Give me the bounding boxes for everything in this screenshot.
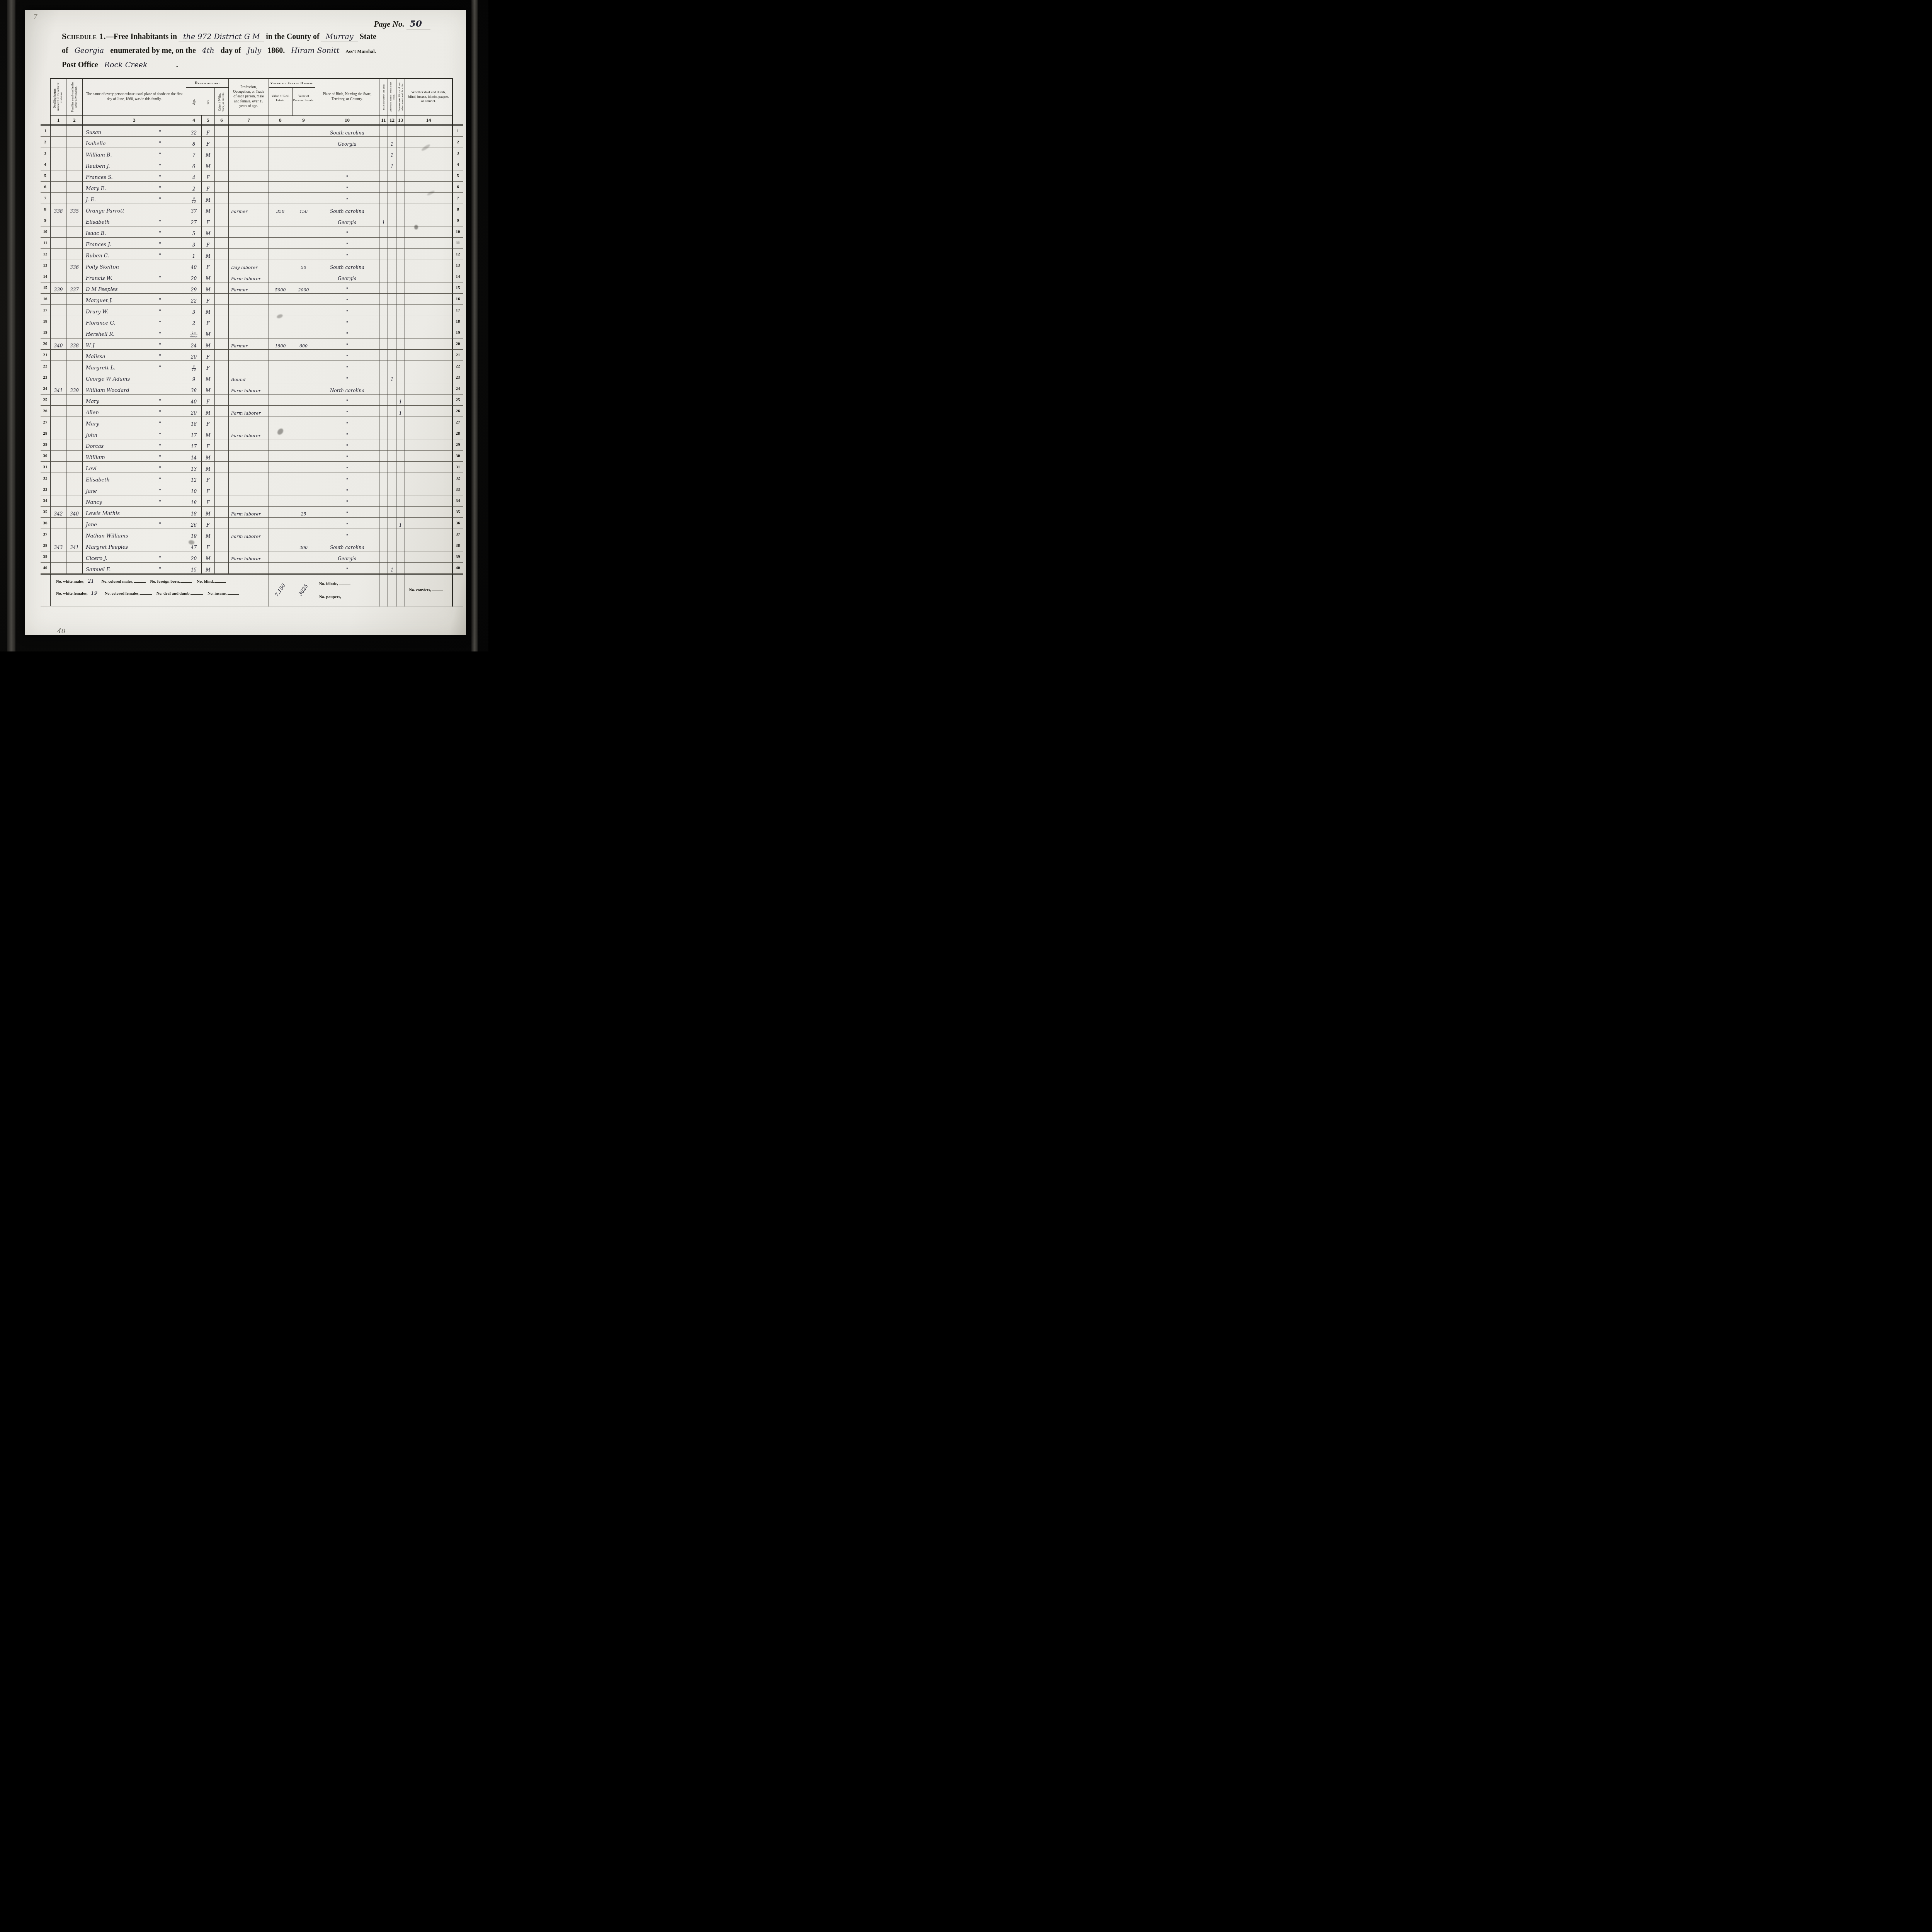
person-name: Francis W.: [86, 276, 112, 281]
line-number-left: 22: [41, 361, 50, 372]
line-number-left: 30: [41, 451, 50, 462]
cell-personal-estate-value: [292, 215, 315, 226]
cell-school-mark: [388, 395, 396, 406]
cell-family-number: [66, 182, 82, 193]
cell-personal-estate-value: [292, 417, 315, 428]
column-header-sex: Sex.: [202, 88, 215, 116]
cell-sex: M: [201, 148, 214, 159]
census-row: 38343341Margret Peeples47F200South carol…: [41, 540, 463, 551]
cell-sex: M: [201, 551, 214, 563]
page-number-value: 50: [406, 19, 430, 29]
footer-stat-label: No. deaf and dumb,: [156, 592, 190, 596]
cell-profession: [228, 495, 269, 507]
cell-disabilities: [405, 338, 453, 350]
column-number: 7: [228, 116, 269, 126]
cell-color: [214, 417, 228, 428]
column-group-estate: Value of Estate Owned.Value of Real Esta…: [269, 78, 315, 116]
cell-married-mark: [379, 193, 388, 204]
cell-illiterate-mark: [396, 271, 405, 282]
cell-real-estate-value: [269, 316, 292, 327]
cell-married-mark: 1: [379, 215, 388, 226]
line-number-left: 27: [41, 417, 50, 428]
cell-name: Nathan Williams: [82, 529, 186, 540]
census-row: 20340338W J"24MFarmer1800600"20: [41, 338, 463, 350]
cell-sex: F: [201, 350, 214, 361]
census-row: 9Elisabeth"27FGeorgia19: [41, 215, 463, 226]
line-number-right: 39: [453, 551, 463, 563]
cell-age: 12: [186, 473, 201, 484]
cell-age: 18: [186, 495, 201, 507]
cell-school-mark: [388, 294, 396, 305]
cell-birthplace: ": [315, 507, 379, 518]
person-name: Levi: [86, 466, 97, 472]
cell-color: [214, 137, 228, 148]
cell-sex: F: [201, 260, 214, 271]
cell-school-mark: [388, 451, 396, 462]
line-number-right: 7: [453, 193, 463, 204]
person-name: Florance G.: [86, 320, 116, 326]
cell-school-mark: [388, 271, 396, 282]
cell-name: William Woodard: [82, 383, 186, 395]
cell-married-mark: [379, 182, 388, 193]
line-number-right: 1: [453, 126, 463, 137]
footer-convicts: No. convicts,: [405, 574, 453, 607]
census-row: 17Drury W."3M"17: [41, 305, 463, 316]
cell-married-mark: [379, 372, 388, 383]
person-name: George W Adams: [86, 376, 130, 382]
line-number-left: 4: [41, 159, 50, 170]
line-number-right: 34: [453, 495, 463, 507]
cell-age: 3: [186, 305, 201, 316]
column-number: 9: [292, 116, 315, 126]
line-number-left: 17: [41, 305, 50, 316]
line-number-left: 7: [41, 193, 50, 204]
cell-disabilities: [405, 215, 453, 226]
cell-age: 3: [186, 238, 201, 249]
line-number-right: 17: [453, 305, 463, 316]
footer-stat-value: [180, 582, 192, 583]
footer-gutter-left: [41, 574, 50, 607]
cell-name: Ruben C.": [82, 249, 186, 260]
cell-age: 27: [186, 215, 201, 226]
cell-personal-estate-value: [292, 462, 315, 473]
line-number-right: 40: [453, 563, 463, 574]
cell-birthplace: ": [315, 193, 379, 204]
cell-real-estate-value: [269, 170, 292, 182]
cell-birthplace: ": [315, 282, 379, 294]
footer-stat-label: No. blind,: [197, 580, 214, 584]
cell-disabilities: [405, 439, 453, 451]
column-header-real-estate: Value of Real Estate.: [269, 88, 292, 116]
cell-family-number: [66, 395, 82, 406]
person-name: Elisabeth: [86, 477, 110, 483]
person-name: D M Peeples: [86, 287, 117, 293]
handwritten-total-real: 7,150: [274, 583, 287, 598]
cell-color: [214, 439, 228, 451]
line-number-left: 38: [41, 540, 50, 551]
line-number-left: 6: [41, 182, 50, 193]
cell-school-mark: [388, 507, 396, 518]
cell-birthplace: South carolina: [315, 204, 379, 215]
cell-disabilities: [405, 294, 453, 305]
cell-disabilities: [405, 462, 453, 473]
surname-ditto-mark: ": [159, 432, 161, 438]
cell-age: 26: [186, 518, 201, 529]
cell-school-mark: [388, 406, 396, 417]
cell-sex: F: [201, 361, 214, 372]
cell-sex: F: [201, 495, 214, 507]
line-number-left: 23: [41, 372, 50, 383]
cell-birthplace: ": [315, 518, 379, 529]
cell-real-estate-value: [269, 451, 292, 462]
cell-age: 612: [186, 193, 201, 204]
column-number: 12: [388, 116, 396, 126]
column-header-age: Age.: [186, 88, 202, 116]
census-row: 4Reuben J."6M14: [41, 159, 463, 170]
cell-sex: F: [201, 316, 214, 327]
census-row: 1Susan"32FSouth carolina1: [41, 126, 463, 137]
cell-personal-estate-value: [292, 372, 315, 383]
cell-real-estate-value: [269, 383, 292, 395]
cell-sex: F: [201, 473, 214, 484]
cell-married-mark: [379, 159, 388, 170]
cell-profession: Farmer: [228, 338, 269, 350]
cell-birthplace: ": [315, 462, 379, 473]
cell-birthplace: ": [315, 529, 379, 540]
cell-birthplace: ": [315, 406, 379, 417]
cell-family-number: 338: [66, 338, 82, 350]
cell-profession: [228, 350, 269, 361]
cell-illiterate-mark: [396, 439, 405, 451]
cell-real-estate-value: [269, 305, 292, 316]
cell-name: Elisabeth": [82, 215, 186, 226]
cell-sex: F: [201, 182, 214, 193]
cell-illiterate-mark: [396, 294, 405, 305]
cell-disabilities: [405, 305, 453, 316]
cell-married-mark: [379, 406, 388, 417]
cell-family-number: [66, 238, 82, 249]
cell-birthplace: ": [315, 305, 379, 316]
cell-profession: [228, 518, 269, 529]
footer-idiotic: No. idiotic,: [319, 580, 379, 587]
cell-color: [214, 215, 228, 226]
cell-age: 18: [186, 417, 201, 428]
cell-name: Dorcas": [82, 439, 186, 451]
cell-family-number: [66, 226, 82, 238]
cell-family-number: [66, 305, 82, 316]
column-number: 3: [82, 116, 186, 126]
cell-personal-estate-value: [292, 182, 315, 193]
census-row: 13336Polly Skelton40FDay laborer50South …: [41, 260, 463, 271]
person-name: Nancy: [86, 500, 102, 505]
schedule-label: Schedule 1.: [62, 31, 106, 41]
line-number-left: 13: [41, 260, 50, 271]
footer-personal-estate-total: 3025: [292, 574, 315, 607]
cell-color: [214, 249, 228, 260]
surname-ditto-mark: ": [159, 242, 161, 248]
cell-sex: F: [201, 395, 214, 406]
surname-ditto-mark: ": [159, 175, 161, 180]
cell-personal-estate-value: 50: [292, 260, 315, 271]
person-name: Susan: [86, 130, 101, 136]
cell-birthplace: ": [315, 395, 379, 406]
cell-color: [214, 204, 228, 215]
cell-married-mark: [379, 137, 388, 148]
cell-color: [214, 462, 228, 473]
line-number-right: 16: [453, 294, 463, 305]
cell-profession: [228, 182, 269, 193]
cell-personal-estate-value: [292, 249, 315, 260]
cell-birthplace: [315, 159, 379, 170]
cell-name: Isabella": [82, 137, 186, 148]
person-name: Nathan Williams: [86, 533, 128, 539]
cell-profession: Bound: [228, 372, 269, 383]
cell-disabilities: [405, 507, 453, 518]
line-number-left: 19: [41, 327, 50, 338]
cell-sex: F: [201, 540, 214, 551]
cell-color: [214, 126, 228, 137]
cell-personal-estate-value: [292, 406, 315, 417]
cell-family-number: 337: [66, 282, 82, 294]
cell-disabilities: [405, 350, 453, 361]
cell-illiterate-mark: [396, 316, 405, 327]
column-number: 11: [379, 116, 388, 126]
age-fraction: 13days: [190, 332, 197, 338]
cell-birthplace: ": [315, 170, 379, 182]
line-number-left: 25: [41, 395, 50, 406]
cell-disabilities: [405, 126, 453, 137]
cell-dwelling-number: [50, 350, 66, 361]
cell-disabilities: [405, 327, 453, 338]
cell-sex: M: [201, 305, 214, 316]
surname-ditto-mark: ": [159, 444, 161, 449]
table-header-row: Dwelling-houses—numbered in the order of…: [41, 78, 463, 116]
cell-dwelling-number: [50, 361, 66, 372]
census-row: 3William B."7M13: [41, 148, 463, 159]
cell-real-estate-value: [269, 361, 292, 372]
cell-dwelling-number: [50, 305, 66, 316]
cell-sex: F: [201, 417, 214, 428]
cell-family-number: [66, 495, 82, 507]
cell-personal-estate-value: 600: [292, 338, 315, 350]
cell-disabilities: [405, 540, 453, 551]
cell-dwelling-number: [50, 226, 66, 238]
cell-name: Orange Parrott: [82, 204, 186, 215]
cell-illiterate-mark: [396, 249, 405, 260]
cell-personal-estate-value: [292, 170, 315, 182]
cell-personal-estate-value: [292, 563, 315, 574]
person-name: Ruben C.: [86, 253, 109, 259]
cell-disabilities: [405, 551, 453, 563]
cell-sex: M: [201, 159, 214, 170]
cell-family-number: [66, 170, 82, 182]
cell-name: Mary E.": [82, 182, 186, 193]
cell-color: [214, 495, 228, 507]
footer-stat-value: [191, 594, 203, 595]
header-gutter-left: [41, 78, 50, 116]
cell-birthplace: ": [315, 238, 379, 249]
cell-married-mark: [379, 238, 388, 249]
cell-birthplace: ": [315, 439, 379, 451]
footer-stat-label: No. foreign born,: [150, 580, 180, 584]
cell-age: 40: [186, 395, 201, 406]
cell-color: [214, 540, 228, 551]
census-row: 30William"14M"30: [41, 451, 463, 462]
person-name: Marguet J.: [86, 298, 112, 304]
cell-color: [214, 170, 228, 182]
cell-color: [214, 238, 228, 249]
cell-married-mark: [379, 361, 388, 372]
cell-dwelling-number: [50, 495, 66, 507]
footer-stat-label: No. white females,: [56, 592, 88, 596]
cell-sex: M: [201, 249, 214, 260]
surname-ditto-mark: ": [159, 522, 161, 528]
schedule-title: Schedule 1.—Free Inhabitants in the 972 …: [62, 29, 452, 72]
marshal-label: Ass't Marshal.: [345, 49, 376, 54]
surname-ditto-mark: ": [159, 365, 161, 371]
line-number-left: 11: [41, 238, 50, 249]
line-number-right: 21: [453, 350, 463, 361]
cell-family-number: [66, 126, 82, 137]
line-number-right: 19: [453, 327, 463, 338]
cell-birthplace: Georgia: [315, 215, 379, 226]
cell-age: 20: [186, 271, 201, 282]
cell-profession: Farm laborer: [228, 271, 269, 282]
column-number: 1: [50, 116, 66, 126]
cell-personal-estate-value: [292, 451, 315, 462]
cell-sex: M: [201, 271, 214, 282]
cell-sex: F: [201, 215, 214, 226]
cell-school-mark: [388, 428, 396, 439]
cell-name: Mary": [82, 395, 186, 406]
cell-real-estate-value: [269, 563, 292, 574]
surname-ditto-mark: ": [159, 219, 161, 225]
census-row: 8338335Orange Parrott37MFarmer350150Sout…: [41, 204, 463, 215]
cell-married-mark: [379, 383, 388, 395]
cell-sex: M: [201, 462, 214, 473]
cell-school-mark: [388, 484, 396, 495]
cell-married-mark: [379, 316, 388, 327]
cell-name: William B.": [82, 148, 186, 159]
cell-married-mark: [379, 249, 388, 260]
cell-real-estate-value: [269, 294, 292, 305]
cell-married-mark: [379, 551, 388, 563]
column-header-personal-estate: Value of Personal Estate.: [292, 88, 315, 116]
line-number-left: 3: [41, 148, 50, 159]
cell-dwelling-number: 339: [50, 282, 66, 294]
cell-real-estate-value: [269, 249, 292, 260]
cell-school-mark: [388, 462, 396, 473]
cell-married-mark: [379, 226, 388, 238]
description-group-label: Description.: [186, 79, 228, 88]
column-number: 4: [186, 116, 201, 126]
cell-profession: Farmer: [228, 282, 269, 294]
cell-sex: F: [201, 137, 214, 148]
cell-illiterate-mark: [396, 428, 405, 439]
person-name: William: [86, 455, 105, 461]
of-label: of: [62, 46, 68, 55]
census-row: 19Hershell R."13daysM"19: [41, 327, 463, 338]
cell-name: Isaac B.": [82, 226, 186, 238]
cell-disabilities: [405, 238, 453, 249]
cell-personal-estate-value: 25: [292, 507, 315, 518]
cell-birthplace: ": [315, 361, 379, 372]
surname-ditto-mark: ": [159, 130, 161, 136]
cell-profession: [228, 540, 269, 551]
cell-dwelling-number: [50, 260, 66, 271]
line-number-right: 8: [453, 204, 463, 215]
cell-color: [214, 294, 228, 305]
cell-married-mark: [379, 495, 388, 507]
cell-sex: M: [201, 451, 214, 462]
cell-disabilities: [405, 428, 453, 439]
cell-school-mark: [388, 204, 396, 215]
post-office-handwritten: Rock Creek: [100, 58, 175, 72]
census-row: 36Jane"26F"136: [41, 518, 463, 529]
cell-personal-estate-value: [292, 428, 315, 439]
cell-dwelling-number: [50, 159, 66, 170]
cell-profession: [228, 484, 269, 495]
cell-age: 24: [186, 338, 201, 350]
cell-age: 812: [186, 361, 201, 372]
cell-personal-estate-value: [292, 193, 315, 204]
cell-disabilities: [405, 316, 453, 327]
cell-birthplace: ": [315, 451, 379, 462]
cell-name: Malissa": [82, 350, 186, 361]
cell-school-mark: [388, 361, 396, 372]
cell-personal-estate-value: [292, 305, 315, 316]
column-header-school: Attended School within the year.: [388, 78, 396, 116]
census-row: 5Frances S."4F"5: [41, 170, 463, 182]
cell-real-estate-value: [269, 327, 292, 338]
cell-birthplace: ": [315, 226, 379, 238]
surname-ditto-mark: ": [159, 354, 161, 360]
cell-school-mark: 1: [388, 137, 396, 148]
line-number-left: 40: [41, 563, 50, 574]
cell-name: Florance G.": [82, 316, 186, 327]
cell-personal-estate-value: [292, 316, 315, 327]
line-number-right: 31: [453, 462, 463, 473]
column-number-row: 1234567891011121314: [41, 116, 463, 126]
cell-school-mark: [388, 540, 396, 551]
cell-birthplace: Georgia: [315, 551, 379, 563]
person-name: Margrett L.: [86, 365, 116, 371]
cell-school-mark: [388, 238, 396, 249]
cell-color: [214, 406, 228, 417]
cell-birthplace: ": [315, 495, 379, 507]
cell-birthplace: ": [315, 316, 379, 327]
age-fraction: 812: [192, 365, 196, 372]
line-number-left: 32: [41, 473, 50, 484]
cell-birthplace: Georgia: [315, 137, 379, 148]
cell-disabilities: [405, 204, 453, 215]
cell-profession: [228, 439, 269, 451]
cell-name: Reuben J.": [82, 159, 186, 170]
cell-personal-estate-value: [292, 395, 315, 406]
district-handwritten: the 972 District G M: [179, 32, 264, 41]
cell-profession: [228, 193, 269, 204]
line-number-left: 8: [41, 204, 50, 215]
census-row: 12Ruben C."1M"12: [41, 249, 463, 260]
cell-name: Mary": [82, 417, 186, 428]
cell-school-mark: [388, 316, 396, 327]
cell-family-number: [66, 159, 82, 170]
cell-school-mark: [388, 226, 396, 238]
line-number-left: 34: [41, 495, 50, 507]
line-number-left: 14: [41, 271, 50, 282]
line-number-right: 10: [453, 226, 463, 238]
cell-illiterate-mark: [396, 495, 405, 507]
